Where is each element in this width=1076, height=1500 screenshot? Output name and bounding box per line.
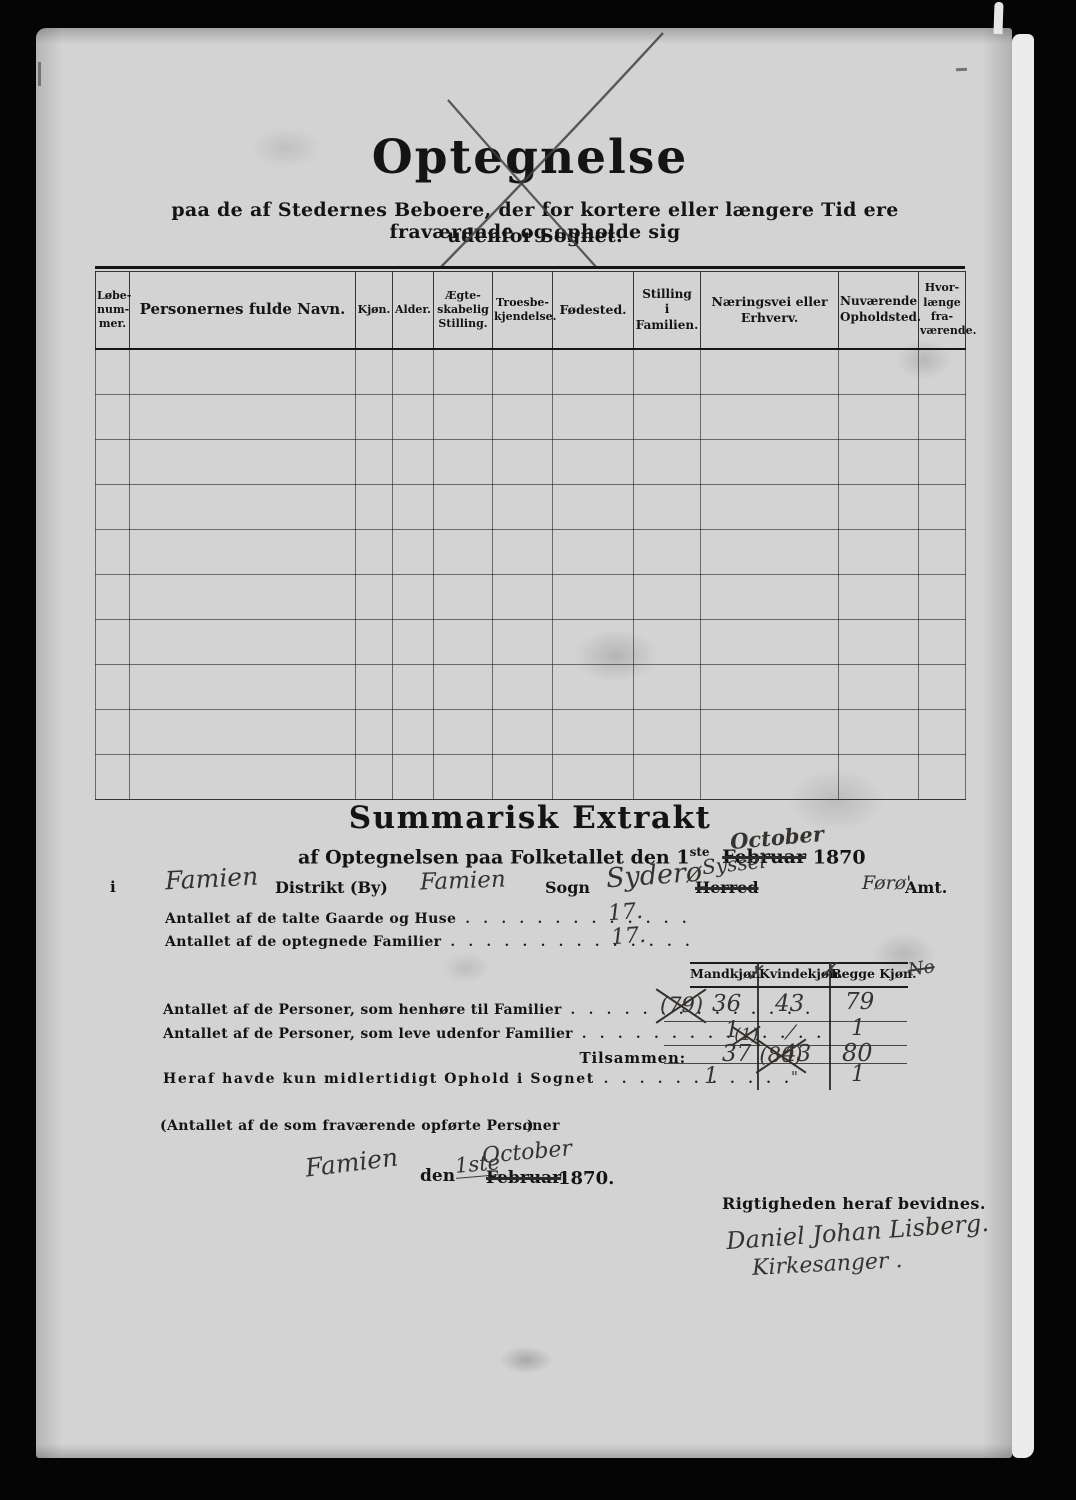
empty-cell [634, 620, 701, 665]
empty-register-row [96, 349, 966, 395]
stats-row-label-heraf: Heraf havde kun midlertidigt Ophold i So… [163, 1068, 793, 1087]
col-header-fulde-navn: Personernes fulde Navn. [130, 272, 356, 350]
empty-cell [919, 395, 966, 440]
empty-cell [356, 620, 393, 665]
empty-cell [701, 755, 839, 800]
empty-cell [96, 575, 130, 620]
empty-cell [393, 395, 434, 440]
empty-cell [919, 575, 966, 620]
empty-cell [493, 620, 553, 665]
empty-cell [553, 349, 634, 395]
empty-cell [130, 530, 356, 575]
empty-cell [434, 755, 493, 800]
empty-cell [839, 349, 919, 395]
empty-cell [919, 755, 966, 800]
empty-cell [634, 440, 701, 485]
empty-cell [553, 485, 634, 530]
col-header-fodested: Fødested. [553, 272, 634, 350]
empty-register-row [96, 665, 966, 710]
empty-register-row [96, 575, 966, 620]
crossout-x-mark [400, 20, 700, 280]
empty-cell [96, 755, 130, 800]
parish-label: Sogn [545, 878, 590, 897]
empty-cell [356, 440, 393, 485]
empty-cell [434, 440, 493, 485]
empty-cell [130, 620, 356, 665]
dot-leader: . . . . . . . . . . . [604, 1072, 794, 1087]
empty-cell [356, 530, 393, 575]
empty-cell [701, 575, 839, 620]
empty-cell [634, 755, 701, 800]
col-header-stilling-familien: Stilling i Familien. [634, 272, 701, 350]
dot-leader: . . . . . . . . . . . . . . [450, 935, 694, 950]
stats-value: 36 [712, 991, 741, 1017]
empty-cell [634, 710, 701, 755]
empty-cell [701, 665, 839, 710]
empty-cell [356, 755, 393, 800]
empty-cell [919, 349, 966, 395]
district-label: Distrikt (By) [275, 878, 388, 897]
divider-x-mark: ✗ [747, 962, 763, 984]
subheading-year: 1870 [813, 846, 866, 868]
empty-register-row [96, 530, 966, 575]
dateline-den-label: den [420, 1166, 455, 1186]
amt-label: Amt. [905, 878, 947, 897]
handwritten-amt-value: Førø' [862, 872, 911, 894]
empty-cell [130, 755, 356, 800]
struck-herred-label: Herred [695, 878, 759, 897]
empty-cell [634, 665, 701, 710]
col-header-fravaerende: Hvor- længe fra- værende. [919, 272, 966, 350]
col-header-troesbekjendelse: Troesbe- kjendelse. [493, 272, 553, 350]
handwritten-parish: Famien [420, 867, 507, 896]
empty-cell [839, 575, 919, 620]
stats-label: Heraf havde kun midlertidigt Ophold i So… [163, 1071, 595, 1087]
absent-note-close: .) [522, 1118, 534, 1134]
empty-cell [839, 440, 919, 485]
handwritten-count-familier: 17. [610, 923, 647, 950]
empty-cell [356, 349, 393, 395]
empty-register-row [96, 755, 966, 800]
empty-cell [130, 485, 356, 530]
empty-cell [434, 620, 493, 665]
divider-x-mark: ✗ [821, 959, 837, 981]
empty-cell [434, 395, 493, 440]
empty-cell [493, 575, 553, 620]
empty-cell [130, 710, 356, 755]
empty-cell [634, 485, 701, 530]
stats-value: 1 [851, 1062, 865, 1087]
empty-cell [634, 575, 701, 620]
empty-cell [553, 620, 634, 665]
empty-cell [393, 485, 434, 530]
col-header-naeringsvei: Næringsvei eller Erhverv. [701, 272, 839, 350]
stats-row-label-tilsammen: Tilsammen: [560, 1049, 686, 1067]
col-header-lobenummer: Løbe- num- mer. [96, 272, 130, 350]
empty-cell [839, 665, 919, 710]
empty-cell [634, 349, 701, 395]
empty-cell [393, 440, 434, 485]
empty-cell [393, 620, 434, 665]
absent-note-open: (Antallet af de som fraværende opførte P… [160, 1118, 560, 1134]
empty-cell [493, 755, 553, 800]
empty-cell [393, 710, 434, 755]
empty-cell [434, 710, 493, 755]
empty-cell [634, 530, 701, 575]
empty-cell [701, 620, 839, 665]
empty-cell [553, 440, 634, 485]
scanned-census-sheet: Optegnelse paa de af Stedernes Beboere, … [0, 0, 1076, 1500]
empty-cell [553, 395, 634, 440]
empty-cell [393, 665, 434, 710]
attestation-text: Rigtigheden heraf bevidnes. [722, 1194, 986, 1213]
handwritten-district: Famien [164, 862, 259, 896]
empty-register-row [96, 395, 966, 440]
empty-cell [493, 485, 553, 530]
book-page-edge [1012, 34, 1034, 1458]
stats-value: 43 [782, 1041, 811, 1067]
stats-label: Antallet af de Personer, som leve udenfo… [163, 1026, 573, 1042]
empty-cell [701, 710, 839, 755]
stats-col-beggekjon: Begge Kjøn. [831, 966, 907, 981]
empty-cell [96, 710, 130, 755]
empty-cell [434, 349, 493, 395]
dot-leader: . . . . . . . . . . . . . [465, 912, 691, 927]
empty-cell [434, 575, 493, 620]
empty-cell [701, 530, 839, 575]
empty-cell [393, 530, 434, 575]
empty-cell [356, 575, 393, 620]
empty-register-row [96, 440, 966, 485]
empty-cell [839, 755, 919, 800]
summary-subheading: af Optegnelsen paa Folketallet den 1ste … [298, 845, 866, 868]
empty-register-row [96, 485, 966, 530]
empty-cell [130, 395, 356, 440]
empty-cell [919, 530, 966, 575]
count-label: Antallet af de talte Gaarde og Huse [165, 911, 456, 927]
stats-col-kvindekjon: Kvindekjøn. [759, 966, 828, 981]
empty-cell [434, 665, 493, 710]
empty-cell [839, 530, 919, 575]
empty-cell [434, 530, 493, 575]
page-edge-tab [993, 2, 1003, 34]
empty-cell [701, 485, 839, 530]
stats-value: 1 [851, 1016, 865, 1041]
empty-cell [839, 710, 919, 755]
empty-cell [393, 755, 434, 800]
empty-register-row [96, 710, 966, 755]
empty-cell [919, 710, 966, 755]
empty-cell [393, 575, 434, 620]
empty-cell [356, 485, 393, 530]
empty-cell [96, 440, 130, 485]
empty-cell [701, 395, 839, 440]
empty-cell [493, 349, 553, 395]
empty-cell [356, 665, 393, 710]
empty-cell [96, 349, 130, 395]
empty-cell [919, 440, 966, 485]
stats-value: 79 [845, 989, 874, 1015]
ditto-mark: " [791, 1068, 798, 1086]
empty-cell [553, 665, 634, 710]
empty-cell [839, 395, 919, 440]
empty-cell [130, 349, 356, 395]
empty-cell [839, 485, 919, 530]
empty-cell [839, 620, 919, 665]
empty-cell [493, 395, 553, 440]
empty-cell [96, 665, 130, 710]
empty-cell [130, 440, 356, 485]
stats-value: 1 [704, 1064, 718, 1089]
empty-cell [96, 485, 130, 530]
empty-cell [434, 485, 493, 530]
empty-cell [96, 395, 130, 440]
empty-cell [96, 620, 130, 665]
empty-cell [96, 530, 130, 575]
col-header-kjon: Kjøn. [356, 272, 393, 350]
margin-tick-mark [38, 62, 41, 86]
empty-cell [493, 440, 553, 485]
location-i-label: i [110, 878, 116, 896]
empty-cell [553, 575, 634, 620]
count-label: Antallet af de optegnede Familier [165, 934, 441, 950]
margin-dash-mark [956, 68, 967, 72]
empty-cell [701, 349, 839, 395]
stats-value: 37 [722, 1041, 751, 1067]
stats-label: Antallet af de Personer, som henhøre til… [163, 1002, 562, 1018]
empty-cell [634, 395, 701, 440]
crossed-value: (79) [660, 993, 703, 1017]
empty-cell [919, 620, 966, 665]
absentees-register-table: Løbe- num- mer. Personernes fulde Navn. … [95, 266, 965, 800]
empty-cell [393, 349, 434, 395]
empty-cell [493, 530, 553, 575]
empty-cell [130, 575, 356, 620]
empty-cell [356, 710, 393, 755]
summary-heading: Summarisk Extrakt [280, 800, 780, 836]
col-header-alder: Alder. [393, 272, 434, 350]
empty-register-row [96, 620, 966, 665]
empty-cell [553, 530, 634, 575]
stats-value: 1 [725, 1018, 739, 1043]
empty-cell [493, 710, 553, 755]
handwritten-count-gaarde: 17. [607, 899, 644, 926]
empty-cell [493, 665, 553, 710]
table-header-row: Løbe- num- mer. Personernes fulde Navn. … [96, 272, 966, 350]
dateline-year: 1870. [558, 1168, 614, 1189]
empty-cell [701, 440, 839, 485]
empty-cell [919, 665, 966, 710]
col-header-aegteskabelig: Ægte- skabelig Stilling. [434, 272, 493, 350]
empty-cell [553, 710, 634, 755]
struck-month-februar: Februar [486, 1168, 561, 1188]
header-scribble-no: No [907, 956, 936, 980]
empty-cell [356, 395, 393, 440]
col-header-opholdsted: Nuværende Opholdsted. [839, 272, 919, 350]
stats-value: 43 [775, 991, 804, 1017]
empty-cell [130, 665, 356, 710]
empty-cell [919, 485, 966, 530]
empty-cell [553, 755, 634, 800]
